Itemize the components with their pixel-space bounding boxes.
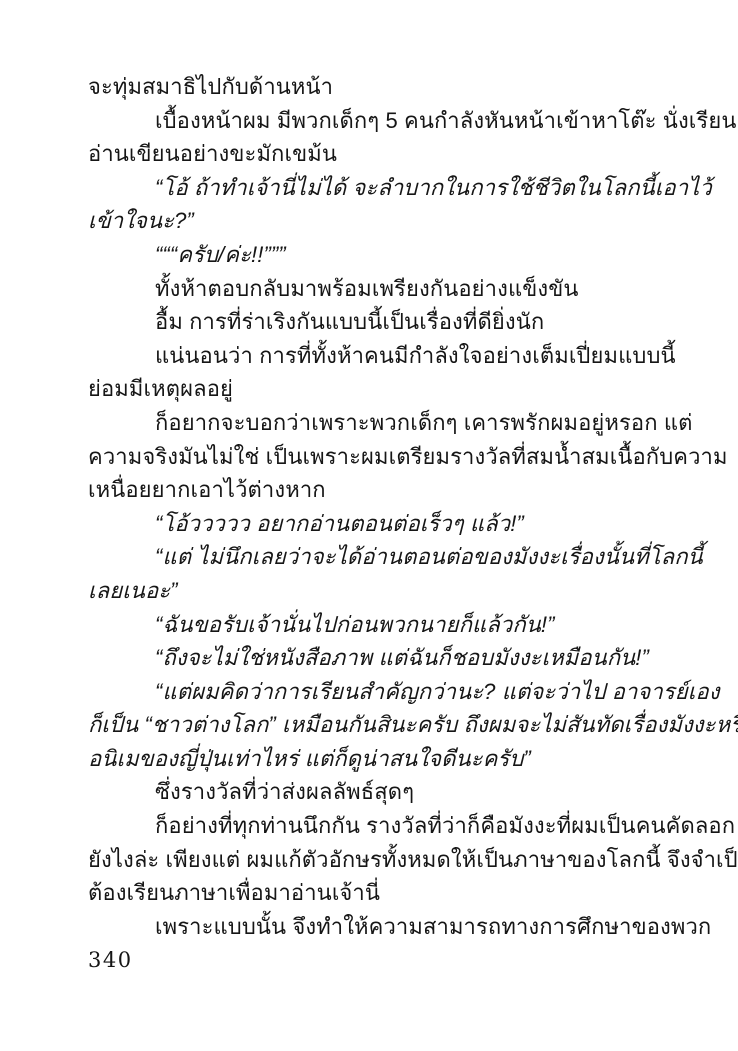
text-line: ย่อมมีเหตุผลอยู่ [88, 372, 663, 406]
text-line: ก็อย่างที่ทุกท่านนึกกัน รางวัลที่ว่าก็คื… [88, 809, 663, 843]
text-line: ต้องเรียนภาษาเพื่อมาอ่านเจ้านี่ [88, 876, 663, 910]
text-line: ความจริงมันไม่ใช่ เป็นเพราะผมเตรียมรางวั… [88, 440, 663, 474]
text-line: ทั้งห้าตอบกลับมาพร้อมเพรียงกันอย่างแข็งข… [88, 272, 663, 306]
text-line: “โอ้ววววว อยากอ่านตอนต่อเร็วๆ แล้ว!” [88, 507, 663, 541]
text-line: “แต่ ไม่นึกเลยว่าจะได้อ่านตอนต่อของมังงะ… [88, 540, 663, 574]
text-line: “ถึงจะไม่ใช่หนังสือภาพ แต่ฉันก็ชอบมังงะเ… [88, 641, 663, 675]
text-line: เลยเนอะ” [88, 574, 663, 608]
text-line: จะทุ่มสมาธิไปกับด้านหน้า [88, 70, 663, 104]
page-text: จะทุ่มสมาธิไปกับด้านหน้า เบื้องหน้าผม มี… [88, 70, 663, 943]
text-line: อื้ม การที่ร่าเริงกันแบบนี้เป็นเรื่องที่… [88, 305, 663, 339]
text-line: ยังไงล่ะ เพียงแต่ ผมแก้ตัวอักษรทั้งหมดให… [88, 843, 663, 877]
text-line: “แต่ผมคิดว่าการเรียนสำคัญกว่านะ? แต่จะว่… [88, 675, 663, 709]
text-line: “ฉันขอรับเจ้านั่นไปก่อนพวกนายก็แล้วกัน!” [88, 608, 663, 642]
text-line: อนิเมของญี่ปุ่นเท่าไหร่ แต่ก็ดูน่าสนใจดี… [88, 742, 663, 776]
text-line: ก็อยากจะบอกว่าเพราะพวกเด็กๆ เคารพรักผมอย… [88, 406, 663, 440]
text-line: เหนื่อยยากเอาไว้ต่างหาก [88, 473, 663, 507]
text-line: “““ครับ/ค่ะ!!””” [88, 238, 663, 272]
text-line: ซึ่งรางวัลที่ว่าส่งผลลัพธ์สุดๆ [88, 775, 663, 809]
page-number: 340 [88, 948, 133, 972]
text-line: แน่นอนว่า การที่ทั้งห้าคนมีกำลังใจอย่างเ… [88, 339, 663, 373]
book-page: จะทุ่มสมาธิไปกับด้านหน้า เบื้องหน้าผม มี… [0, 0, 738, 1051]
text-line: ก็เป็น “ชาวต่างโลก” เหมือนกันสินะครับ ถึ… [88, 708, 663, 742]
text-line: เข้าใจนะ?” [88, 204, 663, 238]
text-line: เพราะแบบนั้น จึงทำให้ความสามารถทางการศึก… [88, 910, 663, 944]
text-line: อ่านเขียนอย่างขะมักเขม้น [88, 137, 663, 171]
text-line: “โอ้ ถ้าทำเจ้านี่ไม่ได้ จะลำบากในการใช้ช… [88, 171, 663, 205]
text-line: เบื้องหน้าผม มีพวกเด็กๆ 5 คนกำลังหันหน้า… [88, 104, 663, 138]
